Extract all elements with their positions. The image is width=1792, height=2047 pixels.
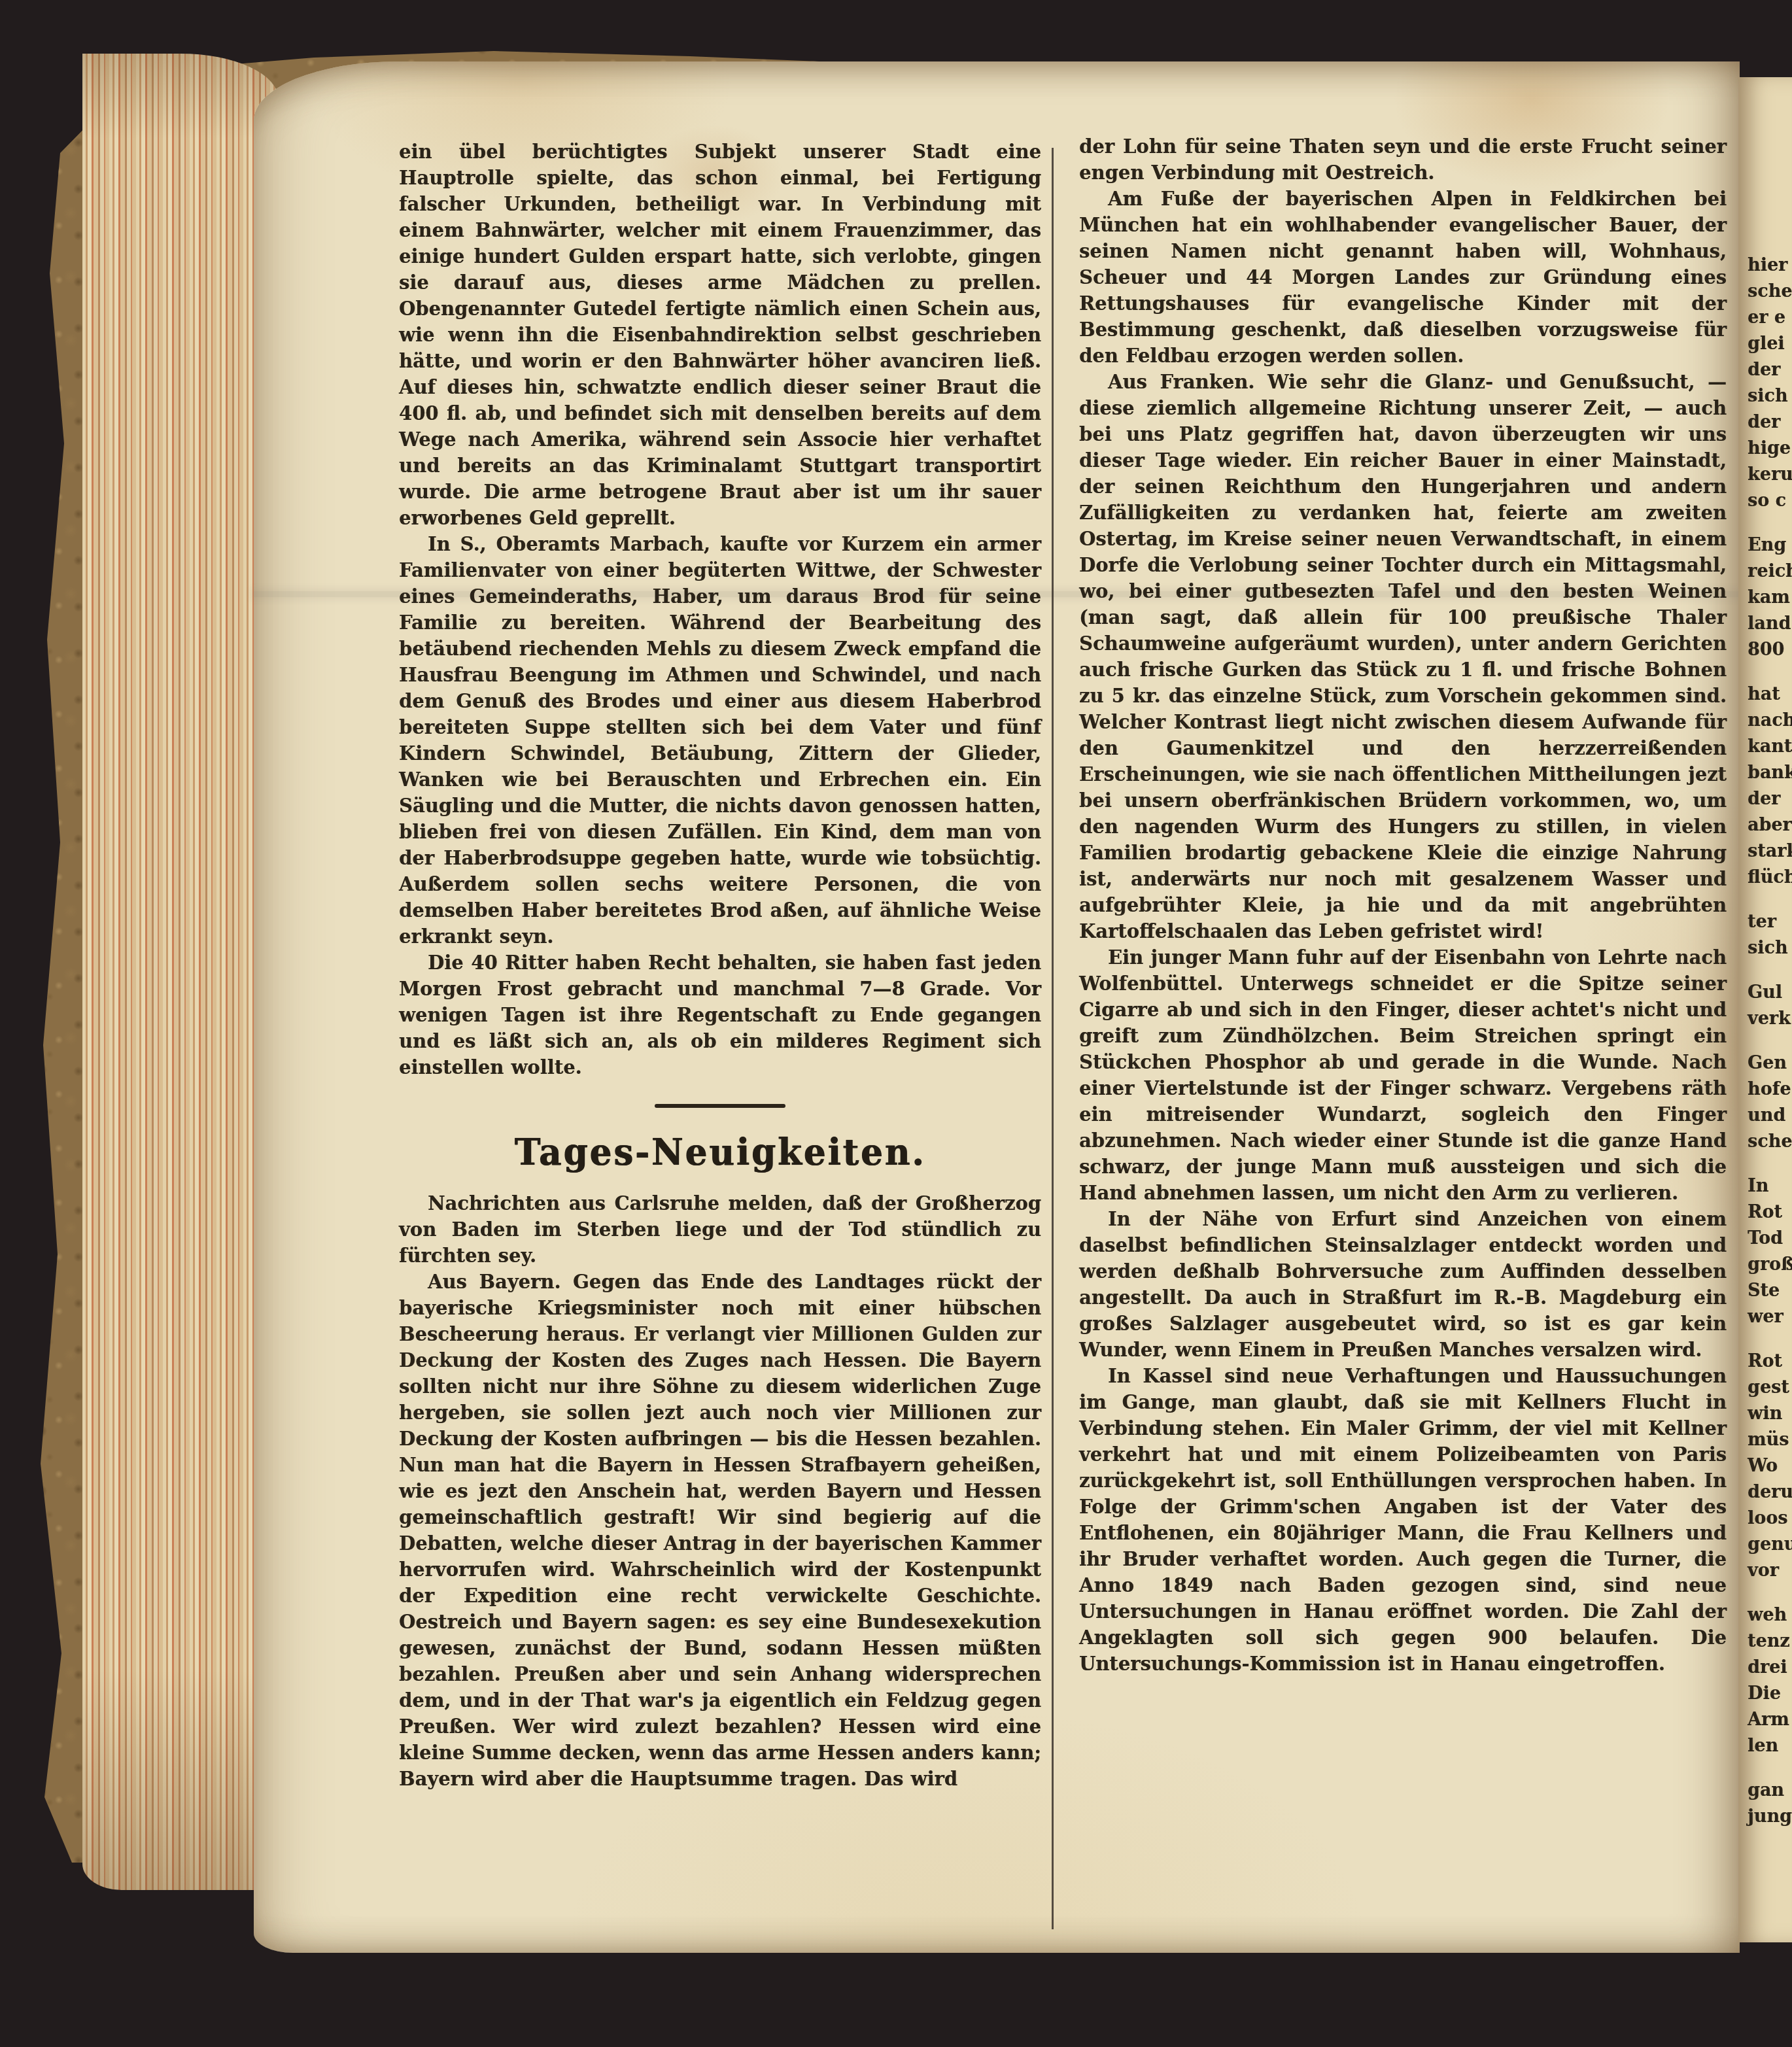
edge-fragment-line: vor bbox=[1748, 1558, 1792, 1584]
paragraph: Aus Bayern. Gegen das Ende des Landtages… bbox=[399, 1269, 1041, 1792]
paragraph: Die 40 Ritter haben Recht behalten, sie … bbox=[399, 950, 1041, 1080]
edge-fragment-line: groß bbox=[1748, 1252, 1792, 1278]
fragment-gap bbox=[1748, 663, 1792, 681]
edge-fragment-line: deru bbox=[1748, 1479, 1792, 1505]
paragraph: In der Nähe von Erfurt sind Anzeichen vo… bbox=[1079, 1206, 1727, 1363]
edge-fragment-line: Wo bbox=[1748, 1453, 1792, 1479]
book-page: ein übel berüchtigtes Subjekt unserer St… bbox=[254, 61, 1740, 1953]
edge-fragment-line: der bbox=[1748, 786, 1792, 812]
edge-fragment-line: bank bbox=[1748, 760, 1792, 786]
edge-fragment-line: len bbox=[1748, 1733, 1792, 1759]
paragraph: ein übel berüchtigtes Subjekt unserer St… bbox=[399, 139, 1041, 531]
edge-fragment-line: jung bbox=[1748, 1804, 1792, 1830]
edge-fragment-line: scher bbox=[1748, 1129, 1792, 1155]
fragment-gap bbox=[1748, 891, 1792, 909]
edge-fragment-line: so c bbox=[1748, 488, 1792, 514]
edge-fragment-line: drei bbox=[1748, 1655, 1792, 1681]
edge-fragment-line: land bbox=[1748, 611, 1792, 637]
edge-fragment-line: gest bbox=[1748, 1375, 1792, 1401]
edge-fragment-line: aber bbox=[1748, 812, 1792, 838]
fragment-gap bbox=[1748, 1759, 1792, 1778]
edge-fragment-line: hat bbox=[1748, 681, 1792, 708]
edge-fragment-line: tenz bbox=[1748, 1628, 1792, 1655]
edge-fragment-line: scher bbox=[1748, 279, 1792, 305]
edge-fragment-line: müs bbox=[1748, 1427, 1792, 1453]
fragment-gap bbox=[1748, 1584, 1792, 1602]
fragment-gap bbox=[1748, 961, 1792, 980]
edge-fragment-line: In bbox=[1748, 1173, 1792, 1199]
fragment-gap bbox=[1748, 1330, 1792, 1349]
edge-fragment-line: kam bbox=[1748, 585, 1792, 611]
paragraph: In Kassel sind neue Verhaftungen und Hau… bbox=[1079, 1363, 1727, 1677]
text-column-right: der Lohn für seine Thaten seyn und die e… bbox=[1079, 133, 1727, 1677]
edge-fragment-line: kant bbox=[1748, 734, 1792, 760]
edge-fragment-line: der bbox=[1748, 409, 1792, 436]
edge-fragment-line: flüch bbox=[1748, 865, 1792, 891]
next-page-edge: hierscherer egleidersichderhigekeruso cE… bbox=[1738, 77, 1792, 1942]
edge-fragment-line: wer bbox=[1748, 1304, 1792, 1330]
fragment-gap bbox=[1748, 1155, 1792, 1173]
edge-fragment-line: der bbox=[1748, 357, 1792, 383]
edge-fragment-line: Ste bbox=[1748, 1278, 1792, 1304]
paragraph: Nachrichten aus Carlsruhe melden, daß de… bbox=[399, 1190, 1041, 1269]
edge-fragment-line: Rot bbox=[1748, 1199, 1792, 1226]
edge-fragment-line: keru bbox=[1748, 462, 1792, 488]
edge-fragment-line: sich bbox=[1748, 383, 1792, 409]
scanned-book-photo: { "document": { "kind": "scanned histori… bbox=[0, 0, 1792, 2047]
paragraph: Am Fuße der bayerischen Alpen in Feldkir… bbox=[1079, 186, 1727, 369]
edge-fragment-line: glei bbox=[1748, 331, 1792, 357]
edge-fragment-line: gan bbox=[1748, 1778, 1792, 1804]
edge-fragment-line: er e bbox=[1748, 305, 1792, 331]
section-divider-rule bbox=[655, 1104, 785, 1108]
edge-fragment-line: nach bbox=[1748, 708, 1792, 734]
edge-fragment-line: Eng bbox=[1748, 532, 1792, 559]
edge-fragment-line: verk bbox=[1748, 1006, 1792, 1032]
edge-fragment-line: Gen bbox=[1748, 1050, 1792, 1076]
page-stack-fore-edge bbox=[82, 54, 279, 1890]
edge-fragment-line: 800 bbox=[1748, 637, 1792, 663]
edge-fragment-line: reich bbox=[1748, 559, 1792, 585]
paragraph: Ein junger Mann fuhr auf der Eisenbahn v… bbox=[1079, 944, 1727, 1206]
next-page-text-fragments: hierscherer egleidersichderhigekeruso cE… bbox=[1738, 77, 1792, 1830]
edge-fragment-line: stark bbox=[1748, 838, 1792, 865]
edge-fragment-line: win bbox=[1748, 1401, 1792, 1427]
edge-fragment-line: ter bbox=[1748, 909, 1792, 935]
column-divider-rule bbox=[1052, 148, 1054, 1929]
edge-fragment-line: und bbox=[1748, 1103, 1792, 1129]
edge-fragment-line: Tod bbox=[1748, 1226, 1792, 1252]
edge-fragment-line: hige bbox=[1748, 436, 1792, 462]
paragraph: Aus Franken. Wie sehr die Glanz- und Gen… bbox=[1079, 369, 1727, 944]
section-heading: Tages-Neuigkeiten. bbox=[399, 1132, 1041, 1173]
edge-fragment-line: genu bbox=[1748, 1532, 1792, 1558]
edge-fragment-line: Arm bbox=[1748, 1707, 1792, 1733]
fragment-gap bbox=[1748, 514, 1792, 532]
edge-fragment-line: hier bbox=[1748, 252, 1792, 279]
fragment-gap bbox=[1748, 1032, 1792, 1050]
edge-fragment-line: Rot bbox=[1748, 1349, 1792, 1375]
paragraph: der Lohn für seine Thaten seyn und die e… bbox=[1079, 133, 1727, 186]
edge-fragment-line: loos bbox=[1748, 1505, 1792, 1532]
edge-fragment-line: Gul bbox=[1748, 980, 1792, 1006]
edge-fragment-line: Die bbox=[1748, 1681, 1792, 1707]
edge-fragment-line: sich bbox=[1748, 935, 1792, 961]
edge-fragment-line: weh bbox=[1748, 1602, 1792, 1628]
edge-fragment-line: hofe bbox=[1748, 1076, 1792, 1103]
text-column-left: ein übel berüchtigtes Subjekt unserer St… bbox=[399, 139, 1041, 1792]
paragraph: In S., Oberamts Marbach, kaufte vor Kurz… bbox=[399, 531, 1041, 950]
